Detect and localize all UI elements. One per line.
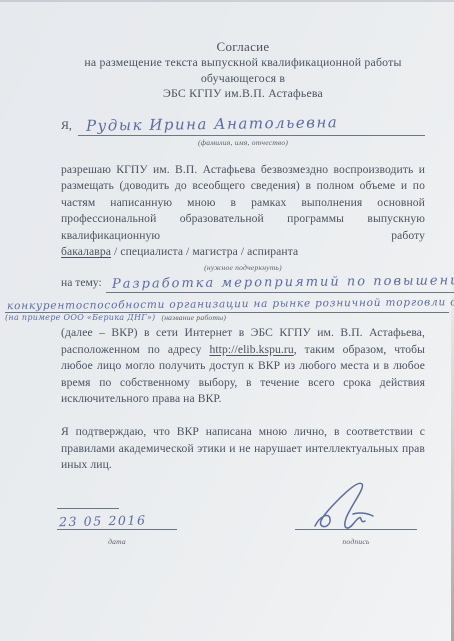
document-subtitle-line1: на размещение текста выпускной квалифика… <box>61 55 425 86</box>
handwritten-topic-line1: Разработка мероприятий по повышению <box>112 273 454 292</box>
date-underline <box>57 529 177 530</box>
handwritten-full-name: Рудык Ирина Анатольевна <box>86 113 338 135</box>
underline-hint-caption: (нужное подчеркнуть) <box>61 263 425 272</box>
scanned-consent-document-photo: Согласие на размещение текста выпускной … <box>0 0 454 641</box>
degree-option-bachelor-underlined: бакалавра <box>61 245 111 258</box>
topic-label: на тему: <box>61 276 102 289</box>
permission-text: разрешаю КГПУ им. В.П. Астафьева безвозм… <box>61 163 425 242</box>
document-subtitle-line2: ЭБС КГПУ им.В.П. Астафьева <box>61 86 425 102</box>
document-title: Согласие <box>61 38 425 55</box>
date-column: 23 05 2016 дата <box>57 508 177 546</box>
topic-underline-1: Разработка мероприятий по повышению <box>106 273 454 293</box>
confirmation-paragraph: Я подтверждаю, что ВКР написана мною лич… <box>61 424 425 474</box>
topic-caption: (название работы) <box>161 313 226 322</box>
signature-column: подпись <box>295 528 417 546</box>
full-name-line: Я, Рудык Ирина Анатольевна <box>61 115 425 136</box>
document-body: Согласие на размещение текста выпускной … <box>0 0 454 641</box>
date-caption: дата <box>57 537 177 546</box>
name-prefix-label: Я, <box>61 118 72 133</box>
degree-options-rest: / специалиста / магистра / аспиранта <box>111 245 298 258</box>
handwritten-topic-line3: (на примере ООО «Берика ДНГ») <box>5 313 155 322</box>
handwritten-date: 23 05 2016 <box>57 512 177 530</box>
handwritten-signature-scribble <box>301 480 401 532</box>
name-underline: Рудык Ирина Анатольевна <box>78 115 425 136</box>
full-name-caption: (фамилия, имя, отчество) <box>61 138 425 147</box>
signature-date-section: 23 05 2016 дата подпись <box>61 508 425 546</box>
topic-line-3: (на примере ООО «Берика ДНГ») (название … <box>5 313 425 322</box>
date-upper-line <box>57 508 119 509</box>
degree-options-line: бакалавра / специалиста / магистра / асп… <box>61 244 425 261</box>
handwritten-topic-line2: конкурентоспособности организации на рын… <box>7 296 454 312</box>
topic-line-1: на тему: Разработка мероприятий по повыш… <box>61 273 425 293</box>
elib-url-text: http://elib.kspu.ru <box>209 343 293 356</box>
signature-caption: подпись <box>295 537 417 546</box>
topic-line-2: конкурентоспособности организации на рын… <box>5 293 449 313</box>
permission-paragraph: разрешаю КГПУ им. В.П. Астафьева безвозм… <box>61 162 425 245</box>
terms-paragraph: (далее – ВКР) в сети Интернет в ЭБС КГПУ… <box>61 325 425 408</box>
